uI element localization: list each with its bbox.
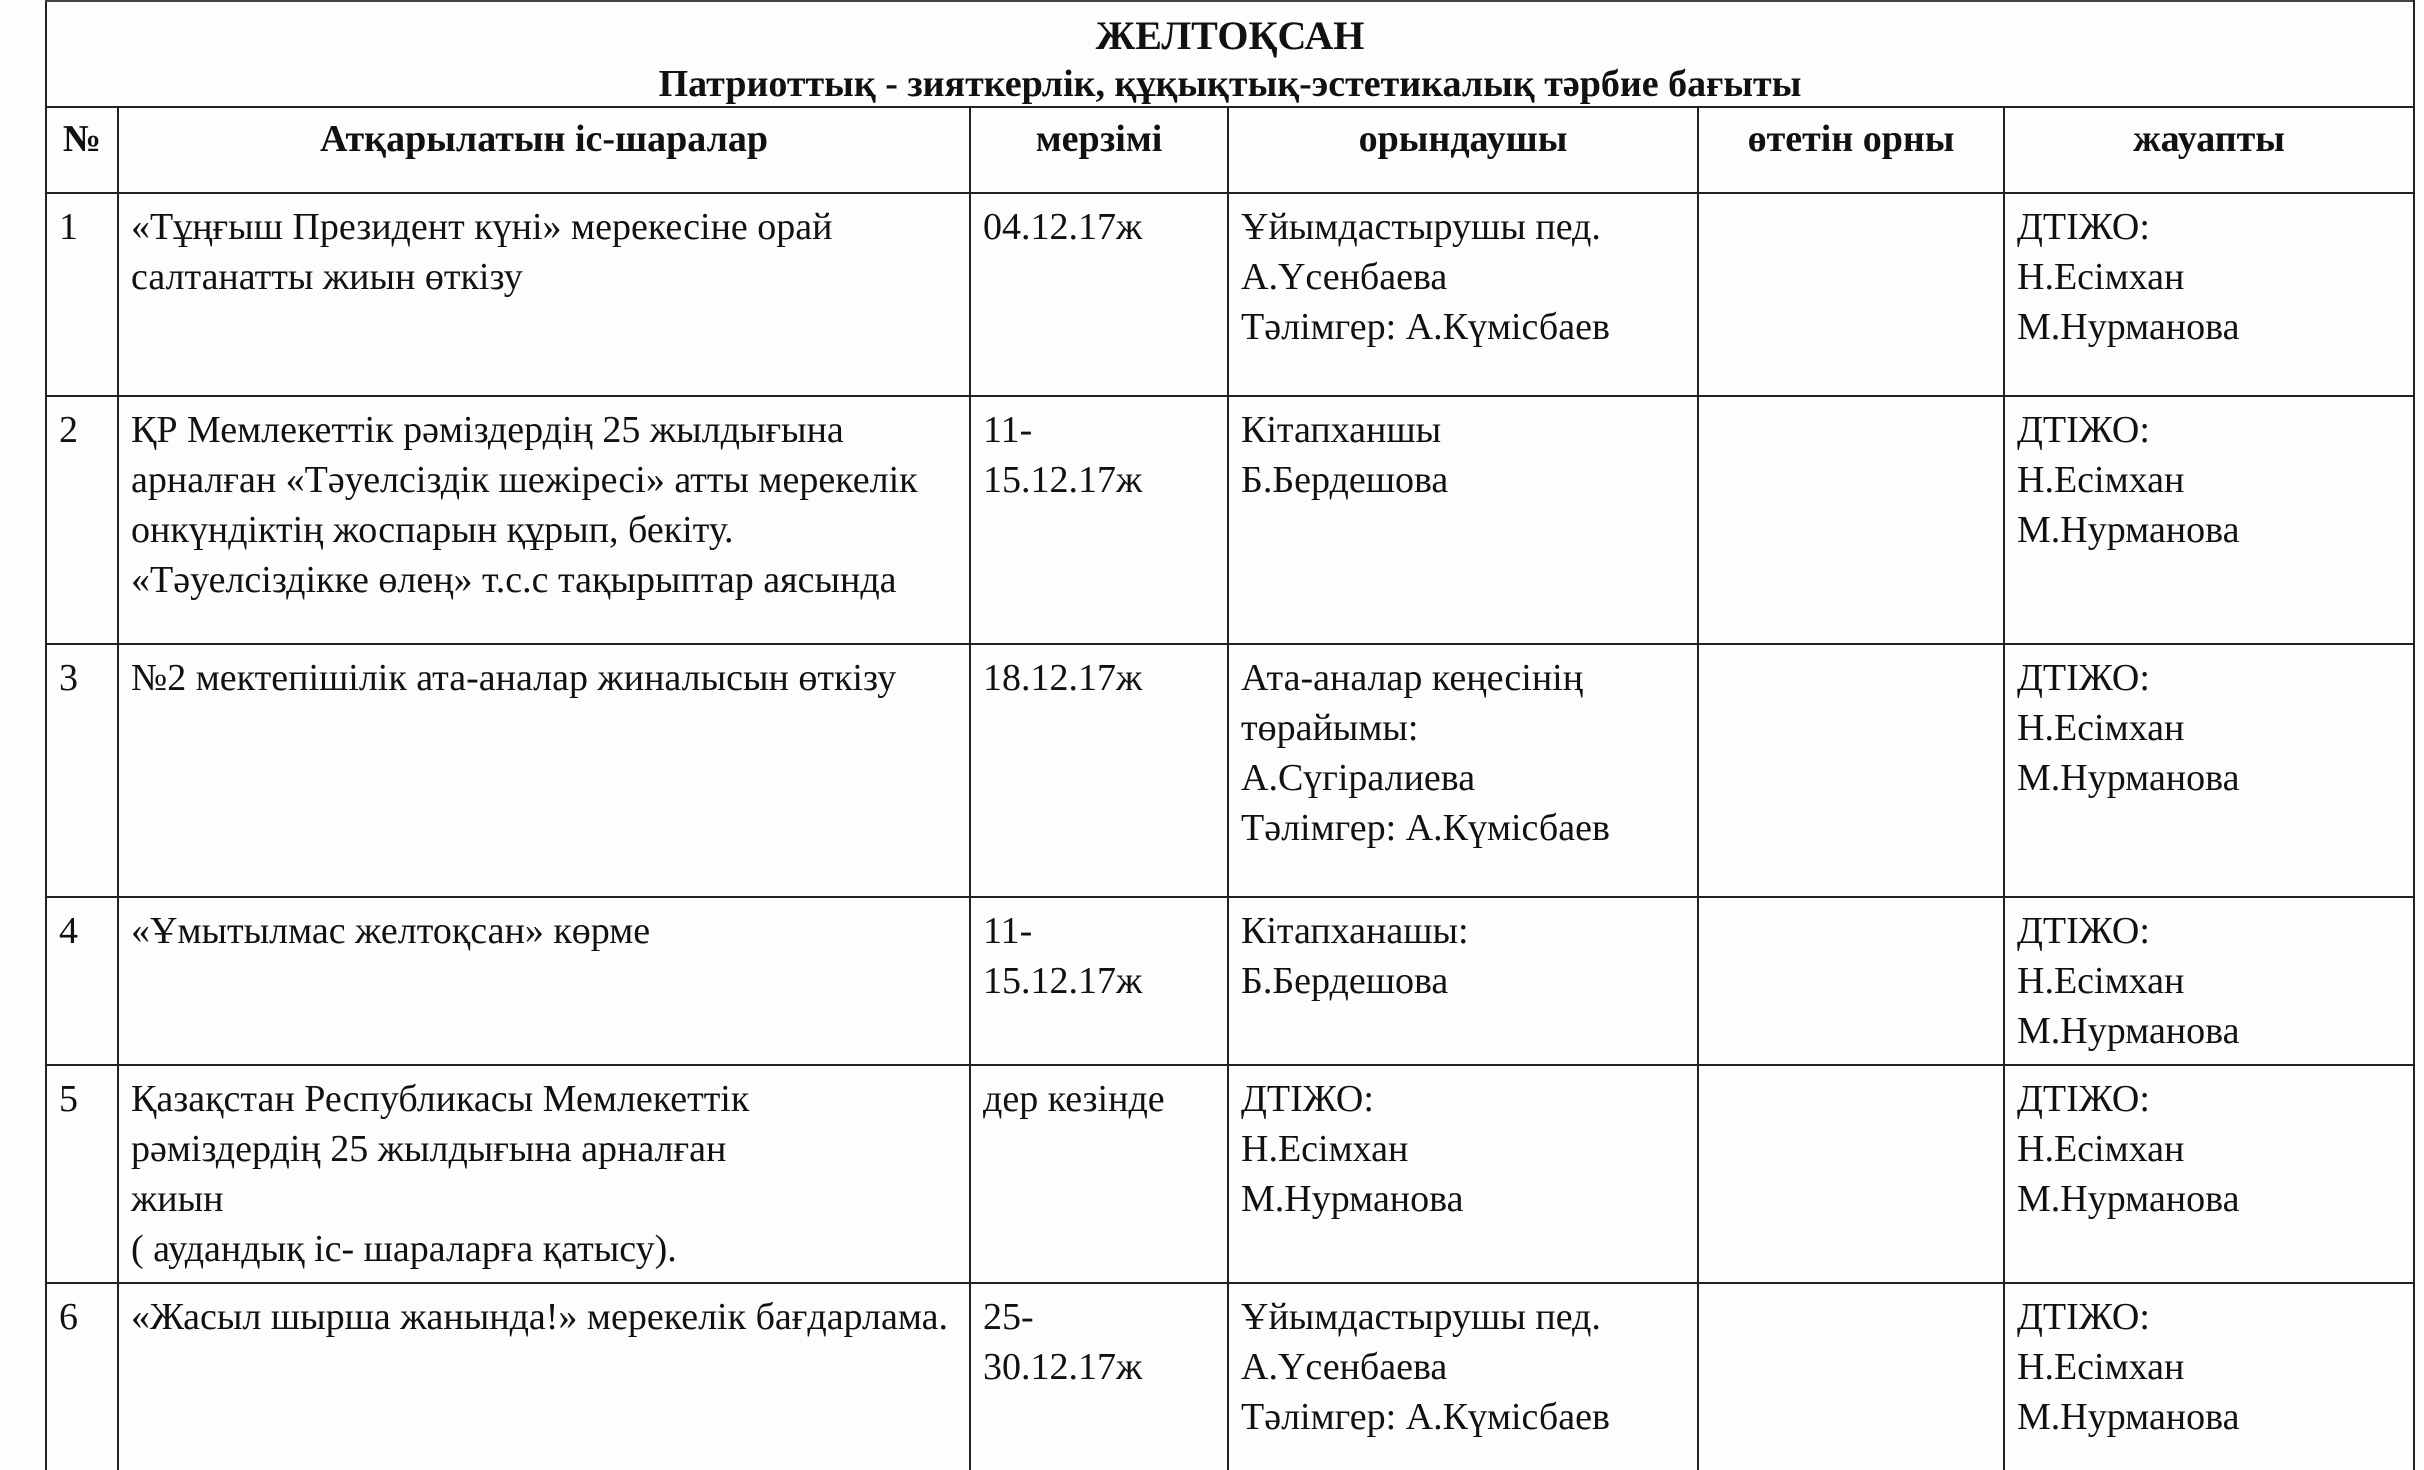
title-cell: ЖЕЛТОҚСАН Патриоттық - зияткерлік, құқық…	[46, 1, 2414, 107]
date-cell: 11- 15.12.17ж	[970, 897, 1228, 1065]
performer-cell: Ұйымдастырушы пед. А.Үсенбаева Тәлімгер:…	[1228, 193, 1698, 396]
responsible-cell: ДТІЖО: Н.Есімхан М.Нурманова	[2004, 193, 2414, 396]
date-text: 11-	[983, 405, 1215, 455]
venue-cell	[1698, 193, 2004, 396]
performer-line: Кітапханшы	[1241, 405, 1685, 455]
title-row: ЖЕЛТОҚСАН Патриоттық - зияткерлік, құқық…	[46, 1, 2414, 107]
performer-line: ДТІЖО:	[1241, 1074, 1685, 1124]
activity-text: «Жасыл шырша жанында!» мерекелік бағдарл…	[131, 1296, 948, 1338]
responsible-line: М.Нурманова	[2017, 753, 2401, 803]
date-cell: 11- 15.12.17ж	[970, 396, 1228, 644]
date-cell: дер кезінде	[970, 1065, 1228, 1283]
activity-line: Қазақстан Республикасы Мемлекеттік	[131, 1074, 957, 1124]
activity-line: жиын	[131, 1174, 957, 1224]
activity-text: ҚР Мемлекеттік рәміздердің 25 жылдығына …	[131, 409, 918, 601]
column-header-number: №	[46, 107, 118, 193]
venue-cell	[1698, 1065, 2004, 1283]
performer-line: Н.Есімхан	[1241, 1124, 1685, 1174]
row-number: 1	[46, 193, 118, 396]
responsible-line: ДТІЖО:	[2017, 1074, 2401, 1124]
performer-line: А.Үсенбаева	[1241, 252, 1685, 302]
responsible-line: Н.Есімхан	[2017, 455, 2401, 505]
responsible-line: Н.Есімхан	[2017, 956, 2401, 1006]
header-row: № Атқарылатын іс-шаралар мерзімі орындау…	[46, 107, 2414, 193]
performer-line: Ұйымдастырушы пед.	[1241, 1292, 1685, 1342]
performer-line: Б.Бердешова	[1241, 956, 1685, 1006]
performer-cell: Ұйымдастырушы пед. А.Үсенбаева Тәлімгер:…	[1228, 1283, 1698, 1470]
performer-line: Ұйымдастырушы пед.	[1241, 202, 1685, 252]
responsible-cell: ДТІЖО: Н.Есімхан М.Нурманова	[2004, 644, 2414, 897]
date-cell: 18.12.17ж	[970, 644, 1228, 897]
row-number: 6	[46, 1283, 118, 1470]
responsible-line: М.Нурманова	[2017, 1006, 2401, 1056]
performer-line: Б.Бердешова	[1241, 455, 1685, 505]
responsible-line: Н.Есімхан	[2017, 1342, 2401, 1392]
responsible-line: М.Нурманова	[2017, 505, 2401, 555]
responsible-line: М.Нурманова	[2017, 1174, 2401, 1224]
table-row: 1 «Тұңғыш Президент күні» мерекесіне ора…	[46, 193, 2414, 396]
activity-cell: Қазақстан Республикасы Мемлекеттік рәміз…	[118, 1065, 970, 1283]
column-header-date: мерзімі	[970, 107, 1228, 193]
activity-cell: «Жасыл шырша жанында!» мерекелік бағдарл…	[118, 1283, 970, 1470]
responsible-cell: ДТІЖО: Н.Есімхан М.Нурманова	[2004, 897, 2414, 1065]
activity-text: «Ұмытылмас желтоқсан» көрме	[131, 910, 650, 952]
row-number: 5	[46, 1065, 118, 1283]
responsible-cell: ДТІЖО: Н.Есімхан М.Нурманова	[2004, 1283, 2414, 1470]
column-header-performer: орындаушы	[1228, 107, 1698, 193]
responsible-line: Н.Есімхан	[2017, 252, 2401, 302]
row-number: 3	[46, 644, 118, 897]
document-page: ЖЕЛТОҚСАН Патриоттық - зияткерлік, құқық…	[0, 0, 2424, 1470]
date-text: 04.12.17ж	[983, 202, 1215, 252]
date-text: дер кезінде	[983, 1074, 1215, 1124]
performer-cell: Кітапханашы: Б.Бердешова	[1228, 897, 1698, 1065]
performer-cell: Ата-аналар кеңесінің төрайымы: А.Сүгірал…	[1228, 644, 1698, 897]
responsible-line: Н.Есімхан	[2017, 703, 2401, 753]
venue-cell	[1698, 1283, 2004, 1470]
venue-cell	[1698, 897, 2004, 1065]
responsible-line: ДТІЖО:	[2017, 1292, 2401, 1342]
performer-line: А.Үсенбаева	[1241, 1342, 1685, 1392]
responsible-cell: ДТІЖО: Н.Есімхан М.Нурманова	[2004, 396, 2414, 644]
performer-line: А.Сүгіралиева	[1241, 753, 1685, 803]
responsible-cell: ДТІЖО: Н.Есімхан М.Нурманова	[2004, 1065, 2414, 1283]
date-text: 18.12.17ж	[983, 653, 1215, 703]
responsible-line: ДТІЖО:	[2017, 653, 2401, 703]
table-row: 2 ҚР Мемлекеттік рәміздердің 25 жылдығын…	[46, 396, 2414, 644]
activity-cell: ҚР Мемлекеттік рәміздердің 25 жылдығына …	[118, 396, 970, 644]
row-number: 2	[46, 396, 118, 644]
venue-cell	[1698, 644, 2004, 897]
column-header-venue: өтетін орны	[1698, 107, 2004, 193]
activity-cell: «Тұңғыш Президент күні» мерекесіне орай …	[118, 193, 970, 396]
performer-cell: Кітапханшы Б.Бердешова	[1228, 396, 1698, 644]
date-cell: 04.12.17ж	[970, 193, 1228, 396]
table-row: 3 №2 мектепішілік ата-аналар жиналысын ө…	[46, 644, 2414, 897]
performer-line: Ата-аналар кеңесінің	[1241, 653, 1685, 703]
document-subtitle: Патриоттық - зияткерлік, құқықтық-эстети…	[59, 62, 2401, 106]
activity-text: №2 мектепішілік ата-аналар жиналысын өтк…	[131, 657, 896, 699]
activity-text: «Тұңғыш Президент күні» мерекесіне орай …	[131, 206, 832, 298]
column-header-activity: Атқарылатын іс-шаралар	[118, 107, 970, 193]
responsible-line: Н.Есімхан	[2017, 1124, 2401, 1174]
date-text: 15.12.17ж	[983, 455, 1215, 505]
performer-line: М.Нурманова	[1241, 1174, 1685, 1224]
date-text: 25-	[983, 1292, 1215, 1342]
row-number: 4	[46, 897, 118, 1065]
activity-plan-table: ЖЕЛТОҚСАН Патриоттық - зияткерлік, құқық…	[45, 0, 2415, 1470]
activity-cell: «Ұмытылмас желтоқсан» көрме	[118, 897, 970, 1065]
responsible-line: ДТІЖО:	[2017, 906, 2401, 956]
activity-cell: №2 мектепішілік ата-аналар жиналысын өтк…	[118, 644, 970, 897]
date-text: 30.12.17ж	[983, 1342, 1215, 1392]
activity-line: рәміздердің 25 жылдығына арналған	[131, 1124, 957, 1174]
activity-line: ( аудандық іс- шараларға қатысу).	[131, 1224, 957, 1274]
performer-line: Тәлімгер: А.Күмісбаев	[1241, 1392, 1685, 1442]
column-header-responsible: жауапты	[2004, 107, 2414, 193]
date-text: 11-	[983, 906, 1215, 956]
document-title: ЖЕЛТОҚСАН	[59, 10, 2401, 62]
performer-line: Тәлімгер: А.Күмісбаев	[1241, 803, 1685, 853]
table-row: 4 «Ұмытылмас желтоқсан» көрме 11- 15.12.…	[46, 897, 2414, 1065]
date-text: 15.12.17ж	[983, 956, 1215, 1006]
venue-cell	[1698, 396, 2004, 644]
responsible-line: М.Нурманова	[2017, 1392, 2401, 1442]
responsible-line: ДТІЖО:	[2017, 202, 2401, 252]
performer-line: Тәлімгер: А.Күмісбаев	[1241, 302, 1685, 352]
table-row: 5 Қазақстан Республикасы Мемлекеттік рәм…	[46, 1065, 2414, 1283]
performer-line: Кітапханашы:	[1241, 906, 1685, 956]
table-row: 6 «Жасыл шырша жанында!» мерекелік бағда…	[46, 1283, 2414, 1470]
date-cell: 25- 30.12.17ж	[970, 1283, 1228, 1470]
responsible-line: М.Нурманова	[2017, 302, 2401, 352]
performer-cell: ДТІЖО: Н.Есімхан М.Нурманова	[1228, 1065, 1698, 1283]
responsible-line: ДТІЖО:	[2017, 405, 2401, 455]
performer-line: төрайымы:	[1241, 703, 1685, 753]
